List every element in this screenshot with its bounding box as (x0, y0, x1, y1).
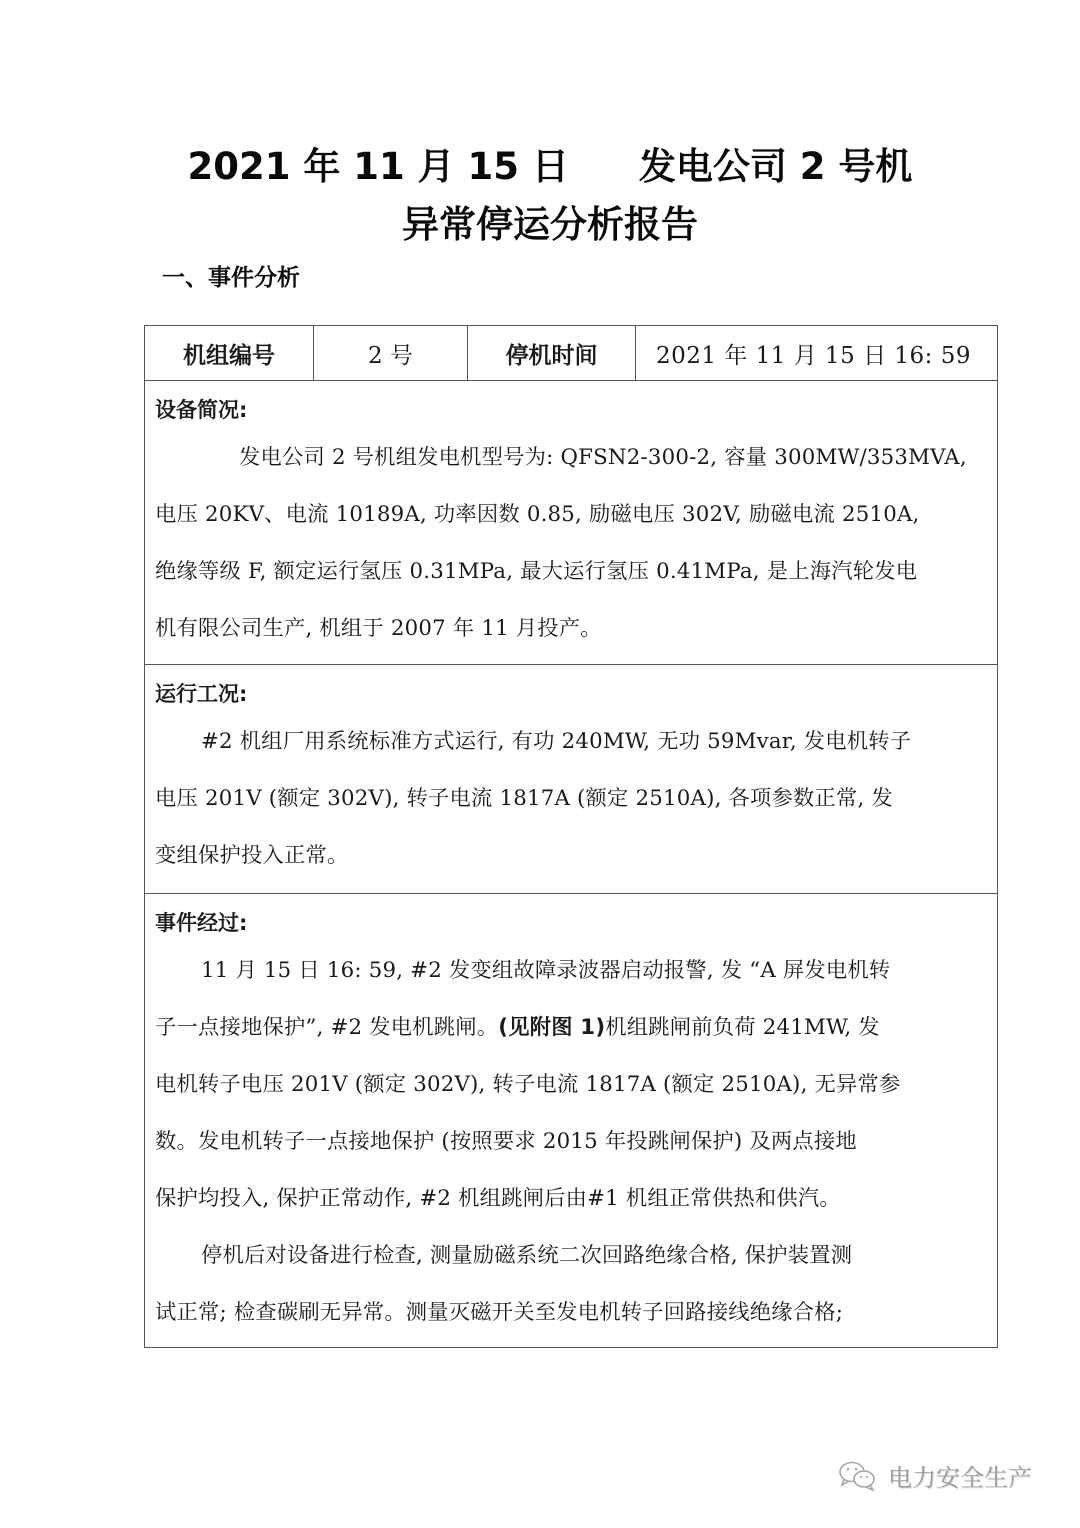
text-line: 绝缘等级 F, 额定运行氢压 0.31MPa, 最大运行氢压 0.41MPa, … (155, 543, 987, 600)
text-line: 变组保护投入正常。 (155, 827, 987, 884)
text-line: 发电公司 2 号机组发电机型号为: QFSN2-300-2, 容量 300MW/… (155, 429, 987, 486)
table-header-row: 机组编号 2 号 停机时间 2021 年 11 月 15 日 16: 59 (145, 326, 998, 381)
equipment-overview-cell: 设备简况: 发电公司 2 号机组发电机型号为: QFSN2-300-2, 容量 … (145, 381, 998, 665)
watermark-text: 电力安全生产 (888, 1458, 1032, 1493)
equipment-overview-row: 设备简况: 发电公司 2 号机组发电机型号为: QFSN2-300-2, 容量 … (145, 381, 998, 665)
shutdown-time-value: 2021 年 11 月 15 日 16: 59 (636, 326, 998, 381)
event-process-text: 11 月 15 日 16: 59, #2 发变组故障录波器启动报警, 发 “A … (155, 942, 987, 1341)
watermark: 电力安全生产 (838, 1458, 1032, 1493)
report-date: 2021 年 11 月 15 日 (188, 145, 569, 188)
text-line: 电机转子电压 201V (额定 302V), 转子电流 1817A (额定 25… (155, 1056, 987, 1113)
text-line: 试正常; 检查碳刷无异常。测量灭磁开关至发电机转子回路接线绝缘合格; (155, 1284, 987, 1341)
report-title-line2: 异常停运分析报告 (0, 194, 1080, 248)
wechat-icon (838, 1460, 878, 1492)
equipment-overview-label: 设备简况: (155, 391, 987, 429)
unit-number-label: 机组编号 (145, 326, 314, 381)
equipment-overview-text: 发电公司 2 号机组发电机型号为: QFSN2-300-2, 容量 300MW/… (155, 429, 987, 657)
event-process-cell: 事件经过: 11 月 15 日 16: 59, #2 发变组故障录波器启动报警,… (145, 894, 998, 1348)
text-line: 数。发电机转子一点接地保护 (按照要求 2015 年投跳闸保护) 及两点接地 (155, 1113, 987, 1170)
text-segment: 子一点接地保护”, #2 发电机跳闸。 (155, 1015, 498, 1040)
text-line: 保护均投入, 保护正常动作, #2 机组跳闸后由#1 机组正常供热和供汽。 (155, 1170, 987, 1227)
text-line: #2 机组厂用系统标准方式运行, 有功 240MW, 无功 59Mvar, 发电… (155, 713, 987, 770)
text-line: 停机后对设备进行检查, 测量励磁系统二次回路绝缘合格, 保护装置测 (155, 1227, 987, 1284)
shutdown-time-label: 停机时间 (468, 326, 636, 381)
report-title-line1: 2021 年 11 月 15 日发电公司 2 号机 (0, 136, 1080, 190)
operating-conditions-label: 运行工况: (155, 675, 987, 713)
text-segment: 机组跳闸前负荷 241MW, 发 (605, 1015, 880, 1040)
text-line: 电压 20KV、电流 10189A, 功率因数 0.85, 励磁电压 302V,… (155, 486, 987, 543)
text-line: 11 月 15 日 16: 59, #2 发变组故障录波器启动报警, 发 “A … (155, 942, 987, 999)
event-process-row: 事件经过: 11 月 15 日 16: 59, #2 发变组故障录波器启动报警,… (145, 894, 998, 1348)
text-line: 子一点接地保护”, #2 发电机跳闸。(见附图 1)机组跳闸前负荷 241MW,… (155, 999, 987, 1056)
operating-conditions-text: #2 机组厂用系统标准方式运行, 有功 240MW, 无功 59Mvar, 发电… (155, 713, 987, 884)
section-heading-event-analysis: 一、事件分析 (162, 259, 300, 292)
event-process-label: 事件经过: (155, 904, 987, 942)
report-plant-unit: 发电公司 2 号机 (639, 145, 913, 188)
event-analysis-table: 机组编号 2 号 停机时间 2021 年 11 月 15 日 16: 59 设备… (144, 325, 998, 1348)
text-line: 机有限公司生产, 机组于 2007 年 11 月投产。 (155, 600, 987, 657)
operating-conditions-cell: 运行工况: #2 机组厂用系统标准方式运行, 有功 240MW, 无功 59Mv… (145, 665, 998, 894)
operating-conditions-row: 运行工况: #2 机组厂用系统标准方式运行, 有功 240MW, 无功 59Mv… (145, 665, 998, 894)
unit-number-value: 2 号 (314, 326, 468, 381)
figure-reference: (见附图 1) (498, 1015, 605, 1040)
text-line: 电压 201V (额定 302V), 转子电流 1817A (额定 2510A)… (155, 770, 987, 827)
